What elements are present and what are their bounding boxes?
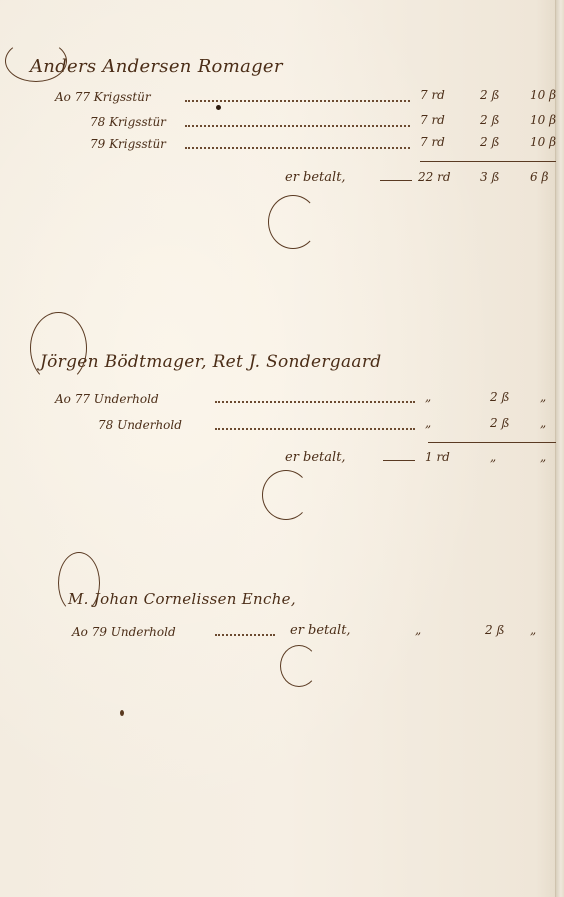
entry-1-total-skilling: 6 β (530, 170, 548, 184)
entry-2-paid-label: er betalt, (285, 450, 346, 465)
entry-1-line-3-rd: 7 rd (420, 135, 445, 149)
dotted-leader (215, 401, 415, 403)
dotted-leader (185, 100, 410, 102)
flourish-decoration (5, 40, 67, 82)
entry-2-line-2-skilling: „ (540, 416, 546, 430)
entry-2-name: Jörgen Bödtmager, Ret J. Sondergaard (40, 352, 381, 372)
entry-1-line-1-label: Ao 77 Krigsstür (55, 90, 151, 104)
ledger-page: Anders Andersen Romager Ao 77 Krigsstür … (0, 0, 564, 897)
entry-3-line-1-skilling: „ (530, 623, 536, 637)
dotted-leader (215, 634, 275, 636)
entry-2-total-marks: „ (490, 450, 496, 464)
entry-2-line-2-rd: „ (425, 416, 431, 430)
flourish-decoration (268, 195, 318, 249)
dotted-leader (185, 125, 410, 127)
entry-1-paid-label: er betalt, (285, 170, 346, 185)
entry-2-total-skilling: „ (540, 450, 546, 464)
dotted-leader (185, 147, 410, 149)
entry-1-line-3-skilling: 10 β (530, 135, 556, 149)
entry-1-line-1-marks: 2 ß (480, 88, 499, 102)
flourish-decoration (262, 470, 310, 520)
sum-rule (420, 161, 556, 162)
entry-2-line-1-marks: 2 ß (490, 390, 509, 404)
entry-2-line-1-label: Ao 77 Underhold (55, 392, 159, 406)
double-rule (380, 180, 412, 181)
entry-2-line-2-label: 78 Underhold (98, 418, 182, 432)
entry-3-line-1-label: Ao 79 Underhold (72, 625, 176, 639)
entry-1-line-1-rd: 7 rd (420, 88, 445, 102)
entry-1-line-2-skilling: 10 β (530, 113, 556, 127)
entry-1-line-1-skilling: 10 β (530, 88, 556, 102)
entry-3-line-1-rd: „ (415, 623, 421, 637)
flourish-decoration (280, 645, 318, 687)
page-gutter (555, 0, 564, 897)
entry-3-line-1-marks: 2 ß (485, 623, 504, 637)
entry-1-line-3-label: 79 Krigsstür (90, 137, 166, 151)
entry-2-line-1-skilling: „ (540, 390, 546, 404)
entry-1-line-2-marks: 2 ß (480, 113, 499, 127)
flourish-decoration (58, 552, 100, 614)
ink-blot (120, 710, 124, 716)
entry-1-line-2-label: 78 Krigsstür (90, 115, 166, 129)
entry-1-total-rd: 22 rd (418, 170, 451, 184)
entry-2-line-2-marks: 2 ß (490, 416, 509, 430)
ink-dot (216, 105, 221, 110)
double-rule (383, 460, 415, 461)
entry-2-line-1-rd: „ (425, 390, 431, 404)
entry-1-line-2-rd: 7 rd (420, 113, 445, 127)
entry-2-total-rd: 1 rd (425, 450, 450, 464)
entry-1-line-3-marks: 2 ß (480, 135, 499, 149)
dotted-leader (215, 428, 415, 430)
entry-3-paid-label: er betalt, (290, 623, 351, 638)
entry-1-name: Anders Andersen Romager (30, 56, 283, 77)
entry-1-total-marks: 3 ß (480, 170, 499, 184)
sum-rule (428, 442, 556, 443)
entry-3-name: M. Johan Cornelissen Enche, (68, 590, 296, 608)
flourish-decoration (30, 312, 87, 384)
